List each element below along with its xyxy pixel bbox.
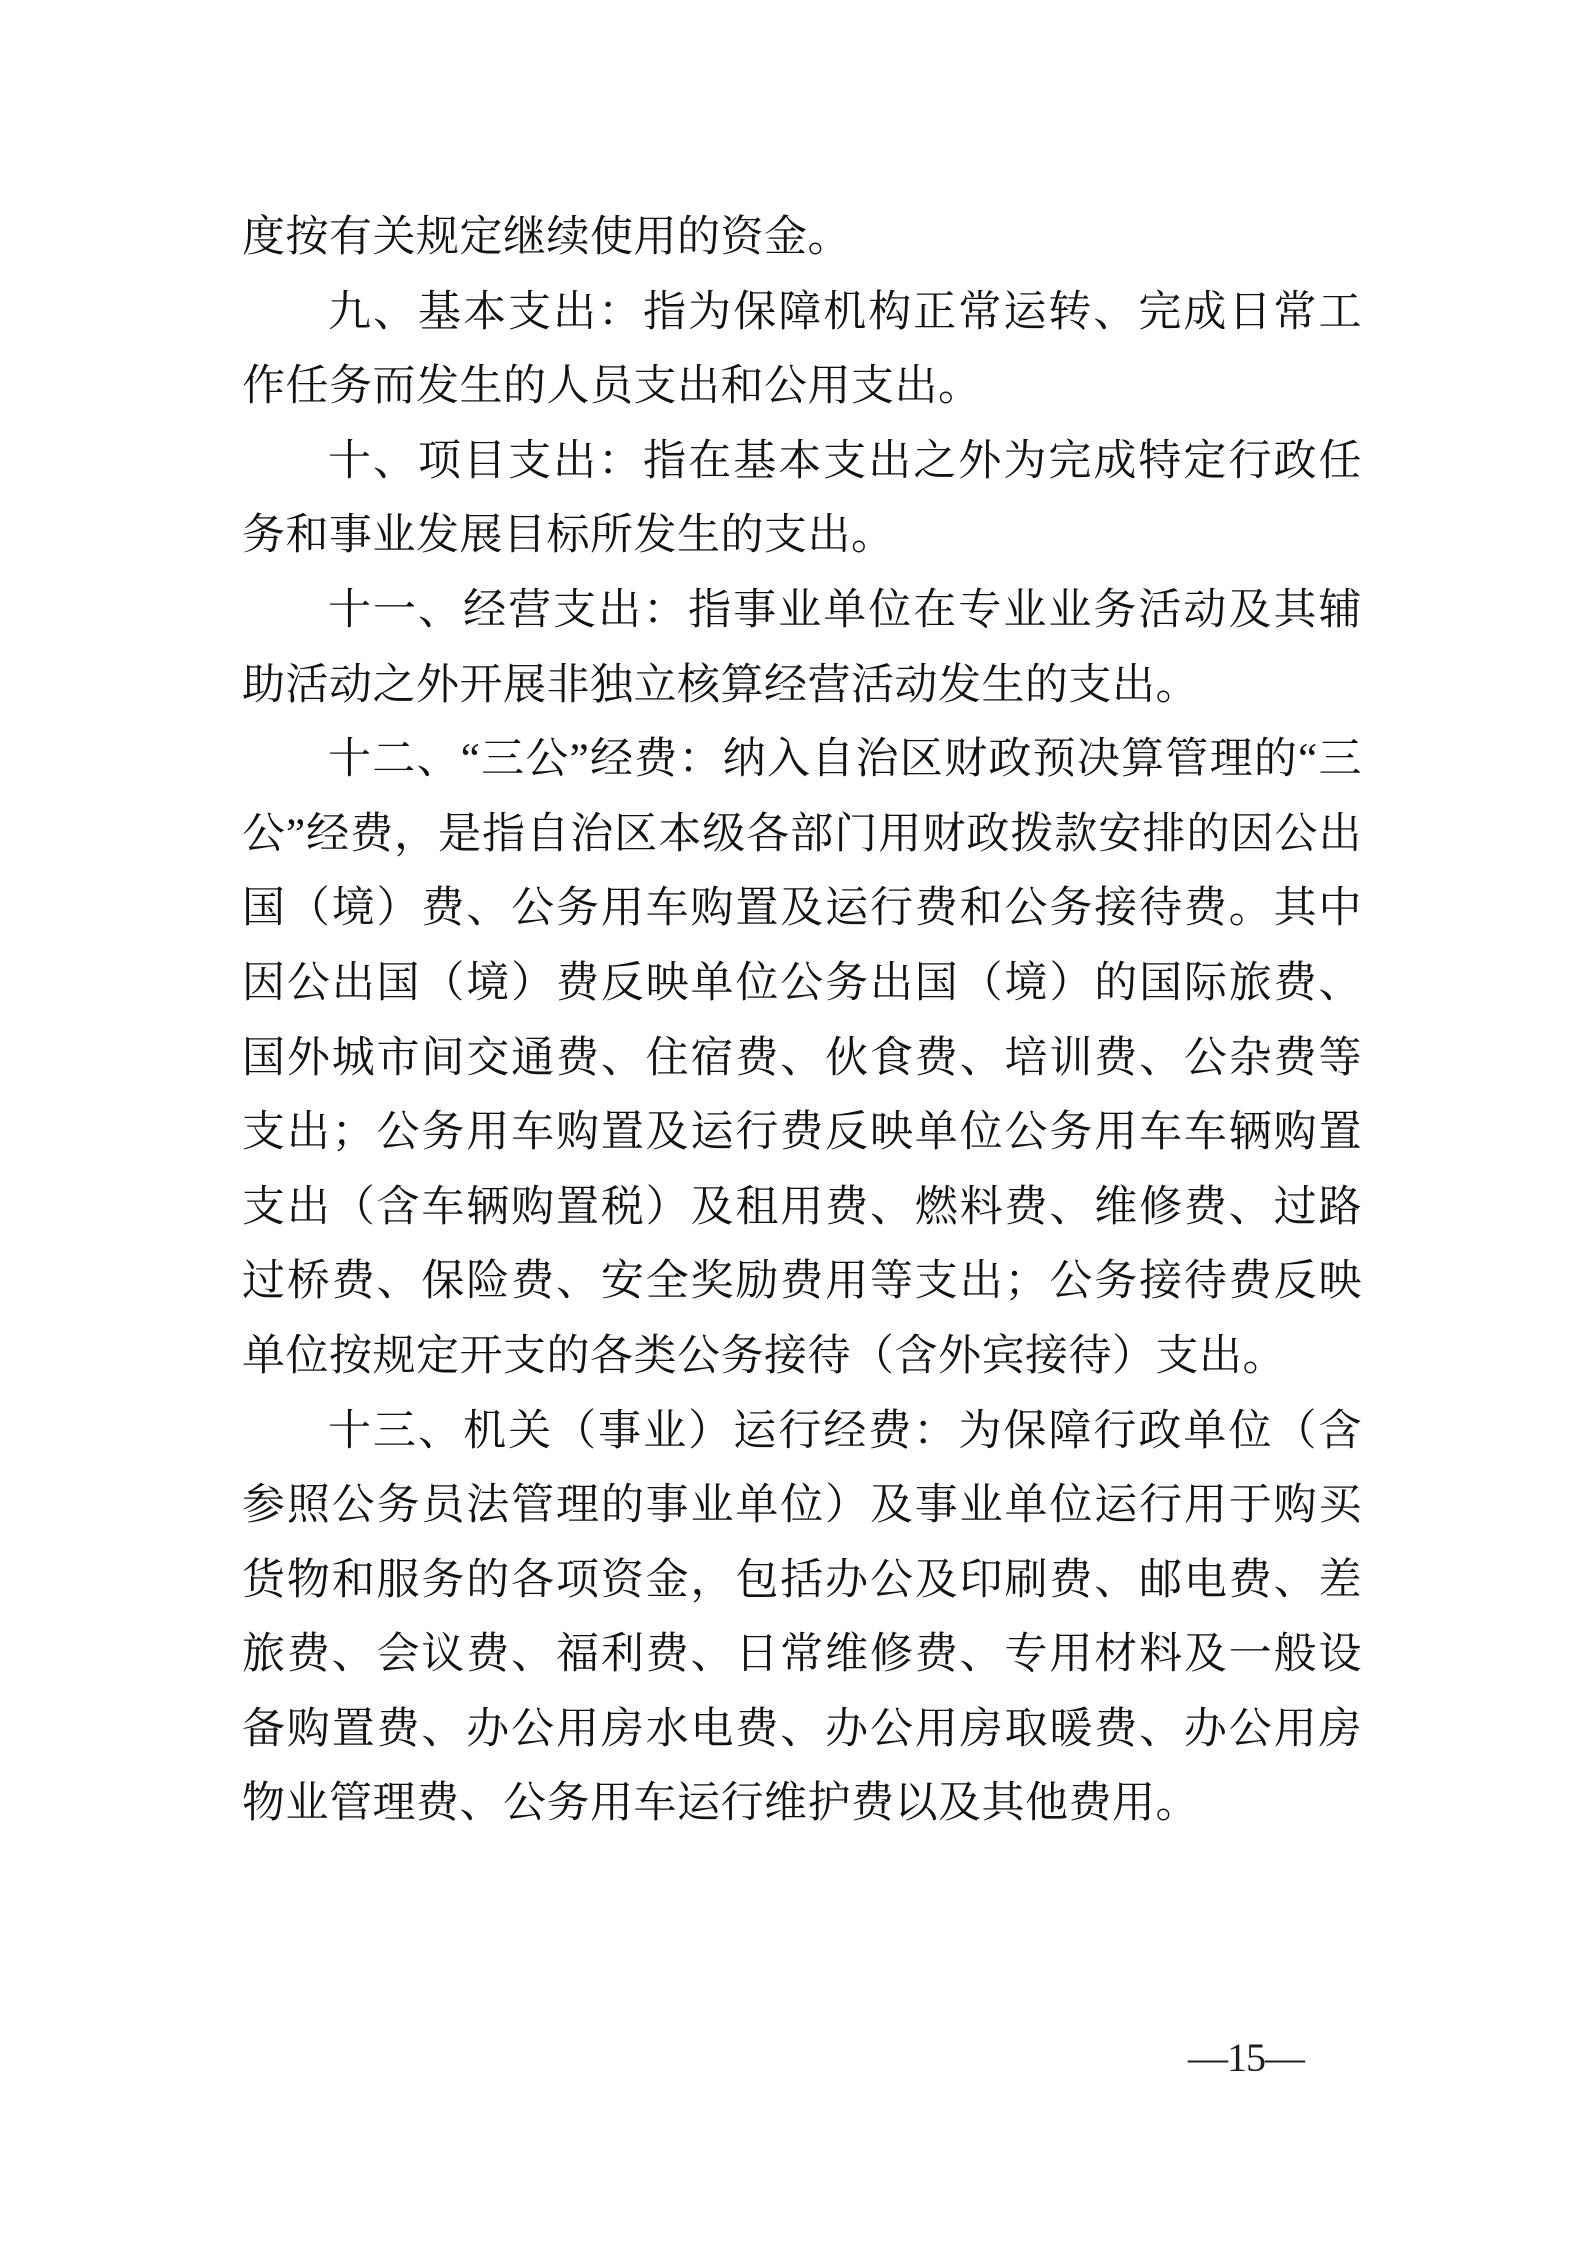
paragraph-basic-expenditure: 九、基本支出：指为保障机构正常运转、完成日常工作任务而发生的人员支出和公用支出。	[242, 276, 1362, 425]
page-footer: —15—	[1188, 2036, 1304, 2080]
paragraph-continuation: 度按有关规定继续使用的资金。	[242, 201, 1362, 276]
paragraph-agency-operating-funds: 十三、机关（事业）运行经费：为保障行政单位（含参照公务员法管理的事业单位）及事业…	[242, 1395, 1362, 1843]
paragraph-operating-expenditure: 十一、经营支出：指事业单位在专业业务活动及其辅助活动之外开展非独立核算经营活动发…	[242, 574, 1362, 723]
paragraph-project-expenditure: 十、项目支出：指在基本支出之外为完成特定行政任务和事业发展目标所发生的支出。	[242, 425, 1362, 574]
document-page: 度按有关规定继续使用的资金。 九、基本支出：指为保障机构正常运转、完成日常工作任…	[0, 0, 1587, 2245]
document-body-text: 度按有关规定继续使用的资金。 九、基本支出：指为保障机构正常运转、完成日常工作任…	[242, 201, 1362, 1842]
page-number: —15—	[1188, 2035, 1304, 2080]
paragraph-three-public-funds: 十二、“三公”经费：纳入自治区财政预决算管理的“三公”经费，是指自治区本级各部门…	[242, 723, 1362, 1394]
